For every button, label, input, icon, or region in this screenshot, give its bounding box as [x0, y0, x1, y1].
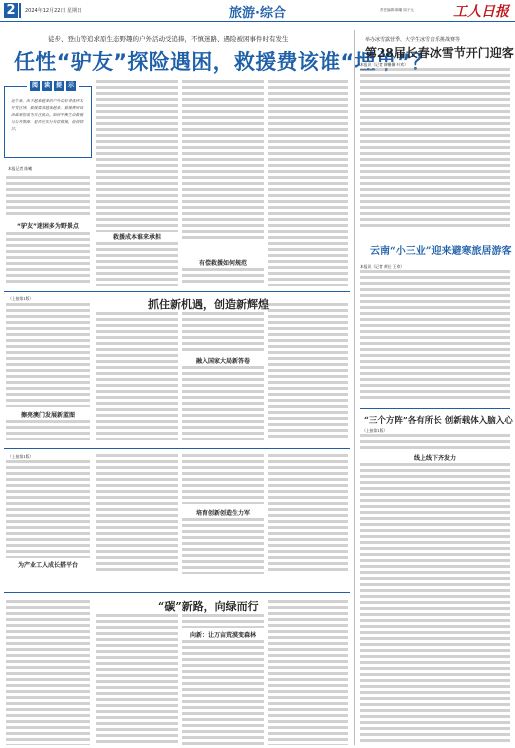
text-column	[96, 454, 178, 574]
text-column	[6, 303, 90, 407]
right-top-kicker: 举办冰雪露营季、大学生冰雪音乐挑战赛等	[365, 36, 460, 43]
text-column	[268, 600, 348, 745]
middle-subhead-2: 融入国家大局新答卷	[182, 356, 264, 365]
reading-tip-title: 阅 读 提 示	[27, 81, 79, 91]
tip-char: 示	[66, 81, 76, 91]
text-column	[6, 420, 90, 440]
right-mid-headline: 云南“小三业”迎来避寒旅居游客	[370, 242, 512, 257]
masthead: 2 2024年12月22日 星期日 旅游·综合 责任编辑:陈曦 周子元 工人日报	[0, 0, 515, 22]
bottom-subhead: 向新：让万亩荒漠变森林	[182, 630, 264, 639]
right-lower-subhead: 线上线下齐发力	[360, 453, 510, 462]
text-column	[182, 366, 264, 440]
middle-headline: 抓住新机遇，创造新辉煌	[148, 296, 269, 312]
tip-char: 提	[54, 81, 64, 91]
text-column	[360, 463, 510, 745]
newspaper-logo: 工人日报	[453, 1, 509, 21]
lead-subhead-1: “驴友”迷困多为野景点	[6, 221, 90, 230]
tip-char: 读	[42, 81, 52, 91]
text-column	[360, 68, 510, 228]
text-column	[182, 312, 264, 352]
text-column	[96, 242, 178, 286]
text-column	[182, 640, 264, 745]
text-column	[96, 614, 178, 745]
section-title: 旅游·综合	[0, 2, 515, 21]
lower-subhead-1: 为产业工人成长搭平台	[6, 560, 90, 569]
editor-credit: 责任编辑:陈曦 周子元	[380, 8, 414, 13]
text-column	[6, 460, 90, 558]
right-lower-headline: “三个方阵”各有所长 创新载体入脑入心	[364, 414, 513, 426]
reading-tip-box: 阅 读 提 示 近年来，由于越来越多的户外爱好者选择未开发区域，救援需求越来越多…	[4, 86, 92, 158]
section-rule	[4, 291, 350, 292]
middle-subhead-1: 擦亮澳门发展新蓝图	[6, 410, 90, 419]
section-rule	[4, 592, 350, 593]
text-column	[182, 454, 264, 504]
text-column	[96, 80, 178, 240]
text-column	[268, 454, 348, 574]
right-top-headline: 第28届长春冰雪节开门迎客	[365, 44, 514, 61]
section-rule	[360, 408, 510, 409]
text-column	[182, 80, 264, 240]
lead-subhead-3: 有偿救援如何规范	[182, 258, 264, 267]
text-column	[6, 232, 90, 286]
text-column	[268, 80, 348, 286]
text-column	[182, 268, 264, 286]
text-column	[6, 176, 90, 216]
reading-tip-text: 近年来，由于越来越多的户外爱好者选择未开发区域，救援需求越来越多，救援费用该由谁…	[11, 97, 86, 132]
lead-kicker: 徒步、登山等追求原生态野趣的户外活动受追捧，不慎迷路、遇险被困事件时有发生	[48, 34, 289, 43]
section-rule	[4, 448, 350, 449]
lower-subhead-2: 培育创新创造生力军	[182, 508, 264, 517]
bottom-headline: “碳”新路，向绿而行	[158, 598, 259, 614]
text-column	[182, 614, 264, 628]
text-column	[360, 434, 510, 450]
text-column	[96, 312, 178, 440]
text-column	[360, 270, 510, 400]
text-column	[6, 600, 90, 745]
column-divider	[354, 30, 355, 745]
lead-subhead-2: 救援成本谁来承担	[96, 232, 178, 241]
tip-char: 阅	[30, 81, 40, 91]
text-column	[182, 518, 264, 574]
lead-byline: 本报记者 陈曦	[8, 166, 32, 172]
middle-byline: （上接第1版）	[8, 296, 33, 302]
text-column	[268, 303, 348, 440]
